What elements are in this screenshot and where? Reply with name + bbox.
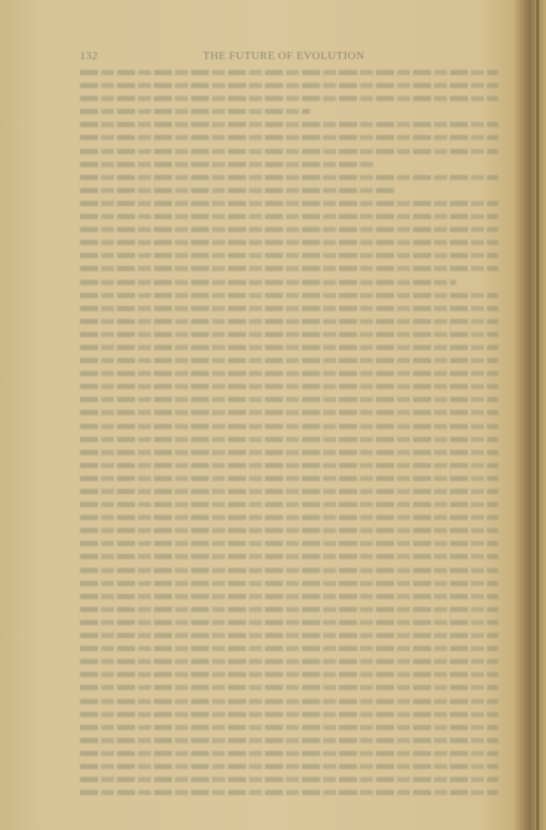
text-line (80, 149, 498, 154)
text-line (80, 293, 498, 298)
text-line (80, 280, 456, 285)
text-line (80, 437, 498, 442)
text-line (80, 332, 498, 337)
page-body-text (80, 70, 498, 803)
text-line (80, 397, 498, 402)
text-line (80, 554, 498, 559)
text-line (80, 96, 498, 101)
text-line (80, 384, 498, 389)
text-line (80, 751, 498, 756)
text-line (80, 712, 498, 717)
text-line (80, 659, 498, 664)
text-line (80, 83, 498, 88)
text-line (80, 502, 498, 507)
text-line (80, 371, 498, 376)
text-line (80, 738, 498, 743)
text-line (80, 306, 498, 311)
text-line (80, 568, 498, 573)
text-line (80, 476, 498, 481)
text-line (80, 345, 498, 350)
text-line (80, 725, 498, 730)
text-line (80, 463, 498, 468)
page-header: 132 THE FUTURE OF EVOLUTION (80, 50, 500, 64)
text-line (80, 358, 498, 363)
book-page: 132 THE FUTURE OF EVOLUTION (0, 0, 546, 830)
text-line (80, 646, 498, 651)
text-line (80, 528, 498, 533)
text-line (80, 699, 498, 704)
text-line (80, 162, 373, 167)
text-line (80, 253, 498, 258)
text-line (80, 214, 498, 219)
text-line (80, 109, 310, 114)
text-line (80, 633, 498, 638)
text-line (80, 266, 498, 271)
text-line (80, 777, 498, 782)
text-line (80, 227, 498, 232)
running-head: THE FUTURE OF EVOLUTION (203, 50, 365, 62)
text-line (80, 122, 498, 127)
text-line (80, 541, 498, 546)
text-line (80, 607, 498, 612)
text-line (80, 424, 498, 429)
page-number: 132 (80, 50, 98, 62)
page-gutter (535, 0, 540, 830)
text-line (80, 685, 498, 690)
text-line (80, 135, 498, 140)
text-line (80, 319, 498, 324)
text-line (80, 410, 498, 415)
text-line (80, 672, 498, 677)
text-line (80, 764, 498, 769)
text-line (80, 581, 498, 586)
text-line (80, 620, 498, 625)
text-line (80, 188, 394, 193)
text-line (80, 489, 498, 494)
text-line (80, 240, 498, 245)
text-line (80, 450, 498, 455)
text-line (80, 594, 498, 599)
text-line (80, 175, 498, 180)
text-line (80, 515, 498, 520)
text-line (80, 790, 498, 795)
text-line (80, 201, 498, 206)
text-line (80, 70, 498, 75)
